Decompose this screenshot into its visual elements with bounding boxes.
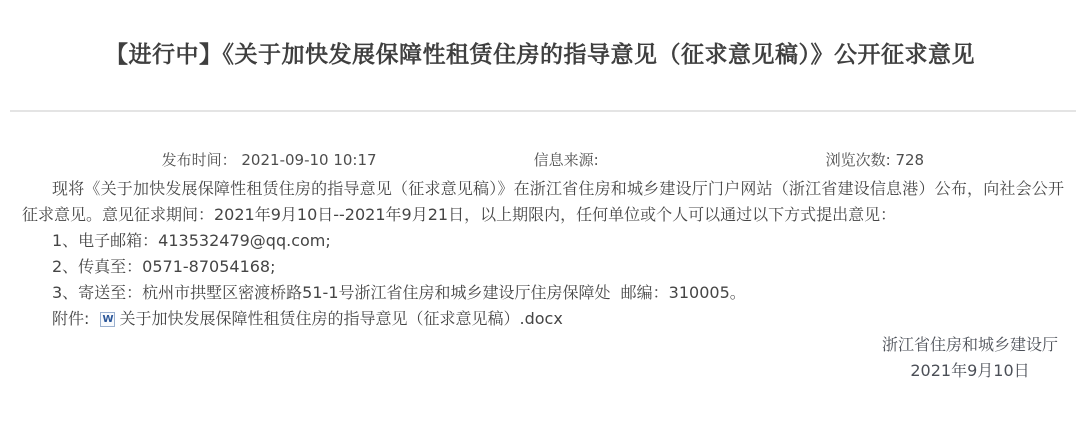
attachment-label: 附件:: [52, 306, 94, 332]
contact-item-email: 1、电子邮箱：413532479@qq.com;: [22, 228, 1064, 254]
contact-item-fax: 2、传真至：0571-87054168;: [22, 254, 1064, 280]
signature-block: 浙江省住房和城乡建设厅 2021年9月10日: [882, 332, 1058, 384]
word-doc-icon: W: [100, 312, 115, 327]
attachment-link[interactable]: 关于加快发展保障性租赁住房的指导意见（征求意见稿）.docx: [119, 306, 562, 332]
signature-date: 2021年9月10日: [882, 358, 1058, 384]
contact-item-mail: 3、寄送至：杭州市拱墅区密渡桥路51-1号浙江省住房和城乡建设厅住房保障处 邮编…: [22, 280, 1064, 306]
view-count: 浏览次数: 728: [797, 131, 924, 188]
info-source: 信息来源:: [505, 131, 599, 188]
notice-body: 现将《关于加快发展保障性租赁住房的指导意见（征求意见稿）》在浙江省住房和城乡建设…: [0, 164, 1080, 332]
attachment-row: 附件: W 关于加快发展保障性租赁住房的指导意见（征求意见稿）.docx: [22, 306, 1064, 332]
view-count-value: 728: [895, 151, 924, 169]
signature-org: 浙江省住房和城乡建设厅: [882, 332, 1058, 358]
publish-time-value: 2021-09-10 10:17: [241, 151, 376, 169]
notice-page: 【进行中】《关于加快发展保障性租赁住房的指导意见（征求意见稿）》公开征求意见 发…: [0, 0, 1080, 430]
meta-row: 发布时间： 2021-09-10 10:17 信息来源: 浏览次数: 728: [0, 112, 1080, 164]
publish-time: 发布时间： 2021-09-10 10:17: [133, 131, 377, 188]
page-title: 【进行中】《关于加快发展保障性租赁住房的指导意见（征求意见稿）》公开征求意见: [0, 0, 1080, 70]
view-count-label: 浏览次数:: [826, 151, 896, 169]
publish-time-label: 发布时间：: [162, 151, 242, 169]
info-source-label: 信息来源:: [534, 151, 599, 169]
